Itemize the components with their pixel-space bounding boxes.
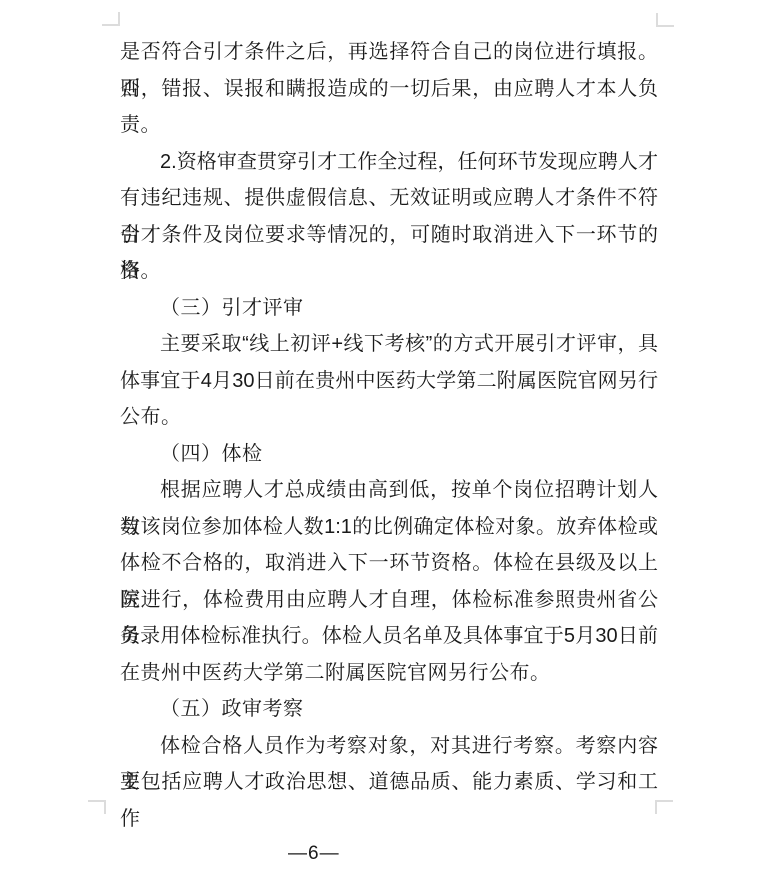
paragraph-line: 根据应聘人才总成绩由高到低，按单个岗位招聘计划人数 [120,472,658,509]
paragraph-line: 有违纪违规、提供虚假信息、无效证明或应聘人才条件不符合 [120,180,658,217]
text-boundary-mark-bottom-left [88,800,106,814]
paragraph-line: 公布。 [120,399,658,436]
paragraph-line: 在贵州中医药大学第二附属医院官网另行公布。 [120,655,658,692]
paragraph-line: 则，错报、误报和瞒报造成的一切后果，由应聘人才本人负 [120,71,658,108]
section-heading: （三）引才评审 [120,290,658,327]
paragraph-line: 体检不合格的，取消进入下一环节资格。体检在县级及以上医 [120,545,658,582]
paragraph-line: 2.资格审查贯穿引才工作全过程，任何环节发现应聘人才 [120,144,658,181]
document-page: 是否符合引才条件之后，再选择符合自己的岗位进行填报。否 则，错报、误报和瞒报造成… [0,0,760,871]
text-boundary-mark-bottom-right [655,800,673,814]
paragraph-line: 要包括应聘人才政治思想、道德品质、能力素质、学习和工作 [120,764,658,801]
text-boundary-mark-top-left [102,12,120,26]
paragraph-line: 体检合格人员作为考察对象，对其进行考察。考察内容主 [120,728,658,765]
paragraph-line: 是否符合引才条件之后，再选择符合自己的岗位进行填报。否 [120,34,658,71]
paragraph-line: 引才条件及岗位要求等情况的，可随时取消进入下一环节的资 [120,217,658,254]
document-body: 是否符合引才条件之后，再选择符合自己的岗位进行填报。否 则，错报、误报和瞒报造成… [120,34,658,801]
paragraph-line: 员录用体检标准执行。体检人员名单及具体事宜于5月30日前 [120,618,658,655]
paragraph-line: 主要采取“线上初评+线下考核”的方式开展引才评审，具 [120,326,658,363]
section-heading: （四）体检 [120,436,658,473]
paragraph-line: 责。 [120,107,658,144]
paragraph-line: 院进行，体检费用由应聘人才自理，体检标准参照贵州省公务 [120,582,658,619]
page-number: —6— [288,843,340,865]
text-boundary-mark-top-right [656,13,674,27]
paragraph-line: 与该岗位参加体检人数1:1的比例确定体检对象。放弃体检或 [120,509,658,546]
paragraph-line: 格。 [120,253,658,290]
section-heading: （五）政审考察 [120,691,658,728]
paragraph-line: 体事宜于4月30日前在贵州中医药大学第二附属医院官网另行 [120,363,658,400]
